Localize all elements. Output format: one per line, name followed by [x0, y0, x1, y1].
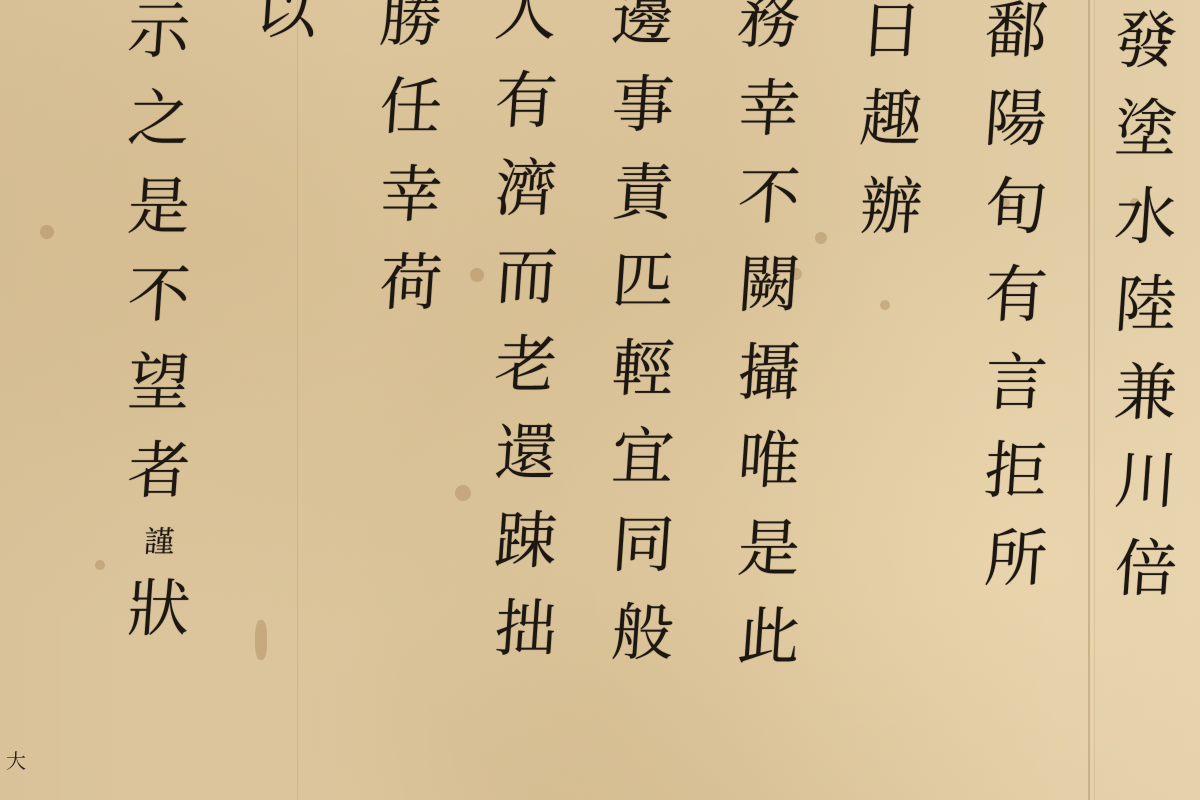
calligraphy-character: 趣: [858, 88, 924, 150]
calligraphy-character: 人: [493, 0, 559, 44]
calligraphy-character: 望: [126, 352, 192, 414]
paper-seam-inner: [1094, 0, 1095, 800]
calligraphy-character: 宜: [610, 426, 676, 488]
calligraphy-character: 狀: [126, 578, 192, 640]
calligraphy-character: 發: [1113, 10, 1179, 72]
calligraphy-character: 辦: [858, 176, 924, 238]
paper-stain: [40, 225, 54, 239]
calligraphy-character: 陽: [983, 88, 1049, 150]
calligraphy-character: 荷: [378, 252, 444, 314]
calligraphy-character: 般: [610, 602, 676, 664]
text-column-3: 日趣辦: [860, 0, 922, 264]
paper-stain: [470, 268, 484, 282]
paper-seam: [1088, 0, 1090, 800]
calligraphy-character: 拒: [983, 440, 1049, 502]
calligraphy-character: 是: [126, 176, 192, 238]
calligraphy-scroll: 發塗水陸兼川倍 鄱陽旬有言拒所 日趣辦 務幸不闕攝唯是此 邊事責匹輕宜同般 人有…: [0, 0, 1200, 800]
calligraphy-character: 同: [610, 514, 676, 576]
text-column-1: 發塗水陸兼川倍: [1115, 10, 1177, 626]
calligraphy-character: 老: [493, 334, 559, 396]
calligraphy-character: 責: [610, 162, 676, 224]
calligraphy-character: 幸: [736, 78, 802, 140]
calligraphy-character: 邊: [610, 0, 676, 48]
paper-stain: [255, 620, 267, 660]
calligraphy-character: 川: [1113, 450, 1179, 512]
calligraphy-character: 鄱: [983, 0, 1049, 62]
text-column-2: 鄱陽旬有言拒所: [985, 0, 1047, 616]
text-column-6: 人有濟而老還踈拙: [495, 0, 557, 686]
text-column-8: 以: [255, 0, 317, 68]
corner-seal-mark: 大: [6, 745, 26, 774]
calligraphy-character: 事: [610, 74, 676, 136]
calligraphy-character: 唯: [736, 430, 802, 492]
calligraphy-character: 旬: [983, 176, 1049, 238]
text-column-9: 示之是不望者謹狀: [128, 0, 190, 666]
calligraphy-character: 濟: [493, 158, 559, 220]
calligraphy-character: 攝: [736, 342, 802, 404]
calligraphy-character: 有: [983, 264, 1049, 326]
calligraphy-character: 言: [983, 352, 1049, 414]
calligraphy-character: 所: [983, 528, 1049, 590]
calligraphy-character: 拙: [493, 598, 559, 660]
calligraphy-character: 以: [253, 0, 319, 42]
calligraphy-character: 闕: [736, 254, 802, 316]
calligraphy-character: 不: [736, 166, 802, 228]
calligraphy-character: 而: [493, 246, 559, 308]
calligraphy-character: 有: [493, 70, 559, 132]
paper-stain: [880, 300, 890, 310]
calligraphy-character: 務: [736, 0, 802, 52]
calligraphy-character: 是: [736, 518, 802, 580]
calligraphy-character: 不: [126, 264, 192, 326]
calligraphy-character: 示: [126, 0, 192, 62]
calligraphy-character: 日: [858, 0, 924, 62]
calligraphy-character: 之: [126, 88, 192, 150]
calligraphy-character: 倍: [1113, 538, 1179, 600]
text-column-5: 邊事責匹輕宜同般: [612, 0, 674, 690]
calligraphy-character: 此: [736, 606, 802, 668]
calligraphy-character: 踈: [493, 510, 559, 572]
calligraphy-character: 水: [1113, 186, 1179, 248]
calligraphy-character: 塗: [1113, 98, 1179, 160]
calligraphy-character: 兼: [1113, 362, 1179, 424]
calligraphy-character: 幸: [378, 164, 444, 226]
calligraphy-character: 謹: [143, 528, 175, 558]
calligraphy-character: 勝: [378, 0, 444, 50]
paper-stain: [95, 560, 105, 570]
text-column-7: 勝任幸荷: [380, 0, 442, 340]
calligraphy-character: 輕: [610, 338, 676, 400]
calligraphy-character: 陸: [1113, 274, 1179, 336]
text-column-4: 務幸不闕攝唯是此: [738, 0, 800, 694]
calligraphy-character: 還: [493, 422, 559, 484]
calligraphy-character: 者: [126, 440, 192, 502]
paper-stain: [815, 232, 827, 244]
paper-crease: [297, 0, 298, 800]
calligraphy-character: 任: [378, 76, 444, 138]
calligraphy-character: 匹: [610, 250, 676, 312]
paper-stain: [455, 485, 471, 501]
